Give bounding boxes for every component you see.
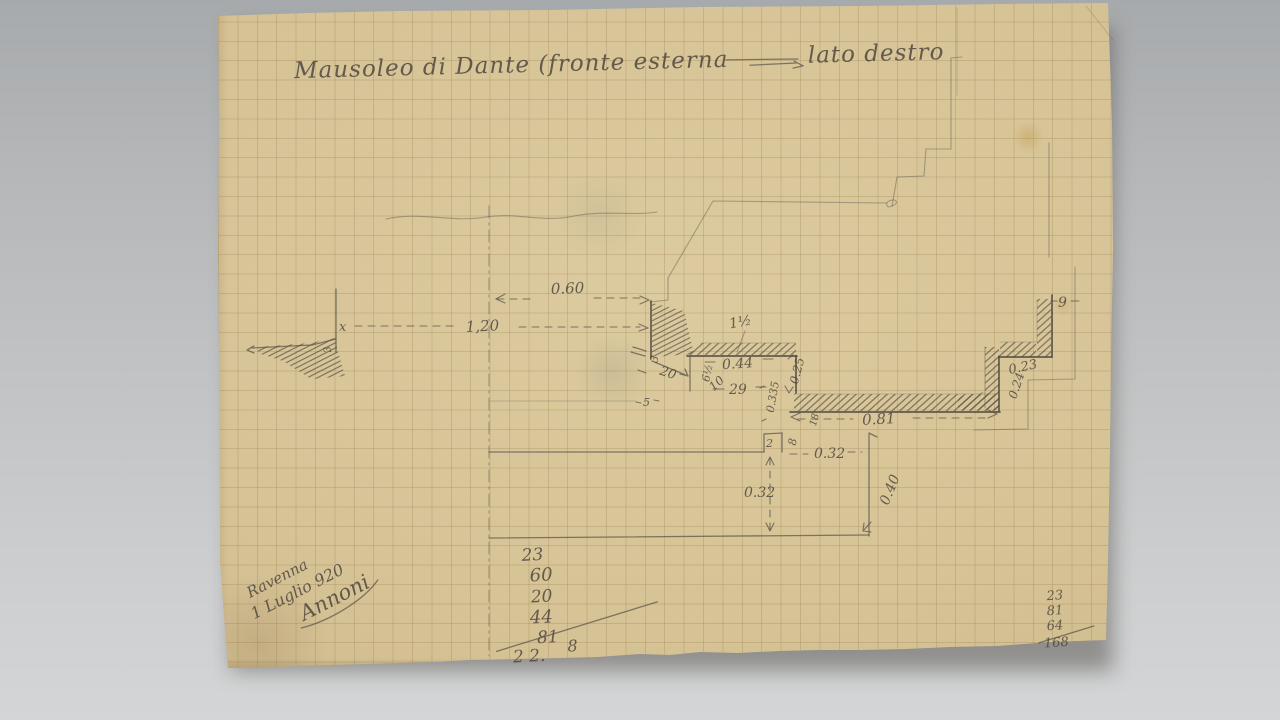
dim-label-081: 0.81	[862, 409, 896, 429]
dim-label-0335: 0.335	[764, 380, 782, 413]
dim-label-032-horizontal: 0.32	[814, 446, 845, 462]
dim-label-9: 9	[1058, 295, 1067, 311]
cornice-profile	[247, 289, 1052, 412]
calc-row: 60	[529, 564, 553, 586]
dim-label-032-vertical: 0.32	[744, 485, 775, 501]
dim-label-20: 20	[657, 364, 678, 384]
title-dash-arrow	[726, 58, 803, 70]
dim-label-29: 29	[728, 382, 747, 398]
center-strip-hatch	[652, 303, 694, 357]
calc-column-right: 23 81 64 168	[1035, 586, 1095, 652]
calc-total: 2 2.	[511, 646, 545, 668]
x-mark: x	[339, 320, 347, 335]
dim-label-8: 8	[786, 437, 800, 446]
dim-label-025: 0.25	[787, 356, 807, 385]
dimension-lines	[355, 294, 1079, 532]
photo-of-sketch: 0.60 1,20 x 3 1½ 0.44 29 20 3 6½ 10 0.33…	[0, 0, 1280, 720]
dim-label-2: 2	[765, 437, 773, 450]
page-title-side: lato destro	[807, 39, 944, 69]
calc-column-center: 23 60 20 44 81 2 2. 8	[491, 539, 660, 668]
signature-block: Ravenna 1 Luglio 920 Annoni	[238, 530, 383, 648]
calc-total: 8	[567, 636, 578, 656]
title-line: Mausoleo di Dante (fronte esterna lato d…	[293, 39, 945, 84]
dim-label-120: 1,20	[465, 316, 500, 336]
calc-row: 44	[528, 606, 553, 628]
dim-label-1half: 1½	[728, 313, 753, 333]
calc-row: 23	[520, 545, 544, 566]
dim-label-18: 18	[808, 412, 822, 427]
dim-label-040: 0.40	[877, 472, 904, 507]
dim-label-5: 5	[643, 396, 650, 409]
calc-total: 168	[1043, 635, 1069, 652]
sketch-drawing: 0.60 1,20 x 3 1½ 0.44 29 20 3 6½ 10 0.33…	[0, 0, 1280, 720]
calc-row: 64	[1046, 618, 1064, 634]
dim-label-023: 0.23	[1007, 357, 1038, 378]
left-fragment-hatch	[258, 338, 345, 379]
calc-row: 23	[1045, 588, 1064, 604]
calc-row: 81	[1046, 603, 1064, 619]
calc-row: 20	[529, 586, 553, 607]
dim-label-060: 0.60	[551, 279, 585, 298]
shelf-hatch	[688, 343, 796, 355]
dim-label-044: 0.44	[721, 355, 753, 373]
page-title: Mausoleo di Dante (fronte esterna	[293, 47, 729, 84]
measurement-labels: 0.60 1,20 x 3 1½ 0.44 29 20 3 6½ 10 0.33…	[322, 279, 1067, 508]
